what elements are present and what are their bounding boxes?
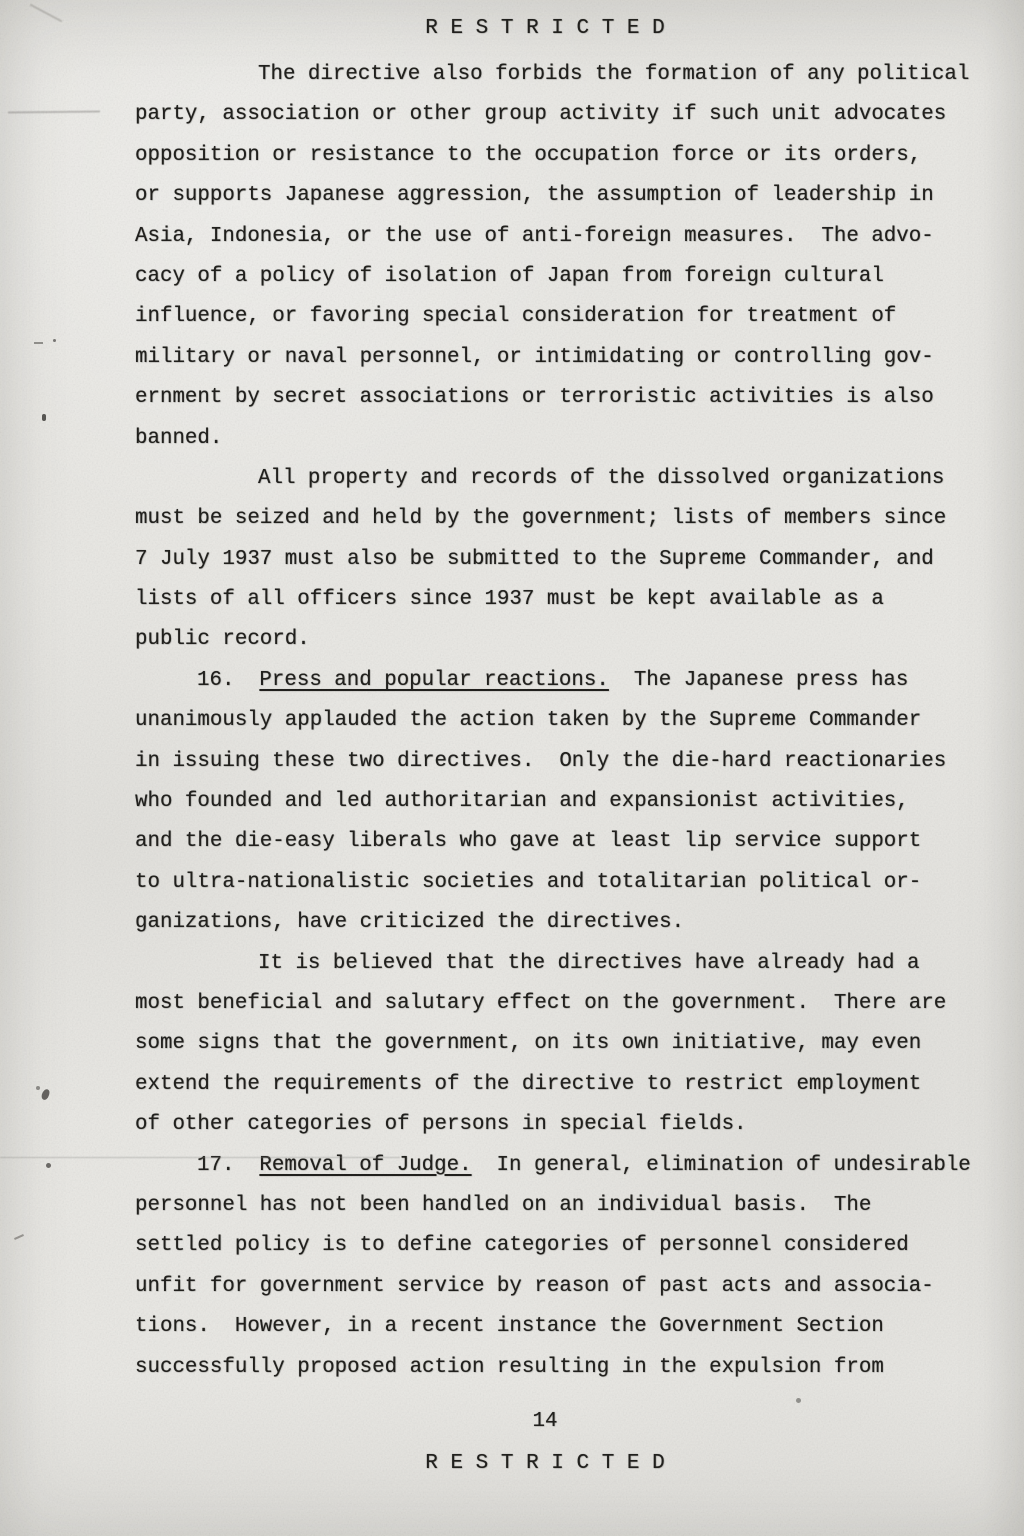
text-line: ganizations, have criticized the directi… bbox=[135, 903, 1007, 943]
text-segment: successfully proposed action resulting i… bbox=[135, 1356, 884, 1379]
text-line: influence, or favoring special considera… bbox=[135, 297, 1007, 337]
text-line: party, association or other group activi… bbox=[135, 95, 1007, 135]
text-line: in issuing these two directives. Only th… bbox=[135, 742, 1007, 782]
text-segment: influence, or favoring special considera… bbox=[135, 305, 896, 328]
scan-artifact bbox=[34, 342, 43, 344]
text-line: 16. Press and popular reactions. The Jap… bbox=[135, 661, 1007, 701]
text-line: It is believed that the directives have … bbox=[135, 944, 1007, 984]
text-segment: unfit for government service by reason o… bbox=[135, 1275, 934, 1298]
text-segment: opposition or resistance to the occupati… bbox=[135, 144, 921, 167]
scan-artifact bbox=[36, 1086, 40, 1090]
underlined-heading: Removal of Judge. bbox=[259, 1154, 471, 1177]
text-line: banned. bbox=[135, 419, 1007, 459]
text-segment: The Japanese press has bbox=[609, 669, 909, 692]
text-segment: in issuing these two directives. Only th… bbox=[135, 750, 946, 773]
text-segment: unanimously applauded the action taken b… bbox=[135, 709, 921, 732]
text-line: must be seized and held by the governmen… bbox=[135, 499, 1007, 539]
text-line: unanimously applauded the action taken b… bbox=[135, 701, 1007, 741]
text-segment: of other categories of persons in specia… bbox=[135, 1113, 747, 1136]
text-segment: some signs that the government, on its o… bbox=[135, 1032, 921, 1055]
text-segment: tions. However, in a recent instance the… bbox=[135, 1315, 884, 1338]
text-segment: The directive also forbids the formation… bbox=[258, 63, 969, 86]
text-segment: 7 July 1937 must also be submitted to th… bbox=[135, 548, 934, 571]
classification-footer: R E S T R I C T E D bbox=[135, 1452, 955, 1476]
text-segment: ganizations, have criticized the directi… bbox=[135, 911, 684, 934]
text-segment: cacy of a policy of isolation of Japan f… bbox=[135, 265, 884, 288]
text-line: most beneficial and salutary effect on t… bbox=[135, 984, 1007, 1024]
text-line: who founded and led authoritarian and ex… bbox=[135, 782, 1007, 822]
text-segment: public record. bbox=[135, 628, 310, 651]
text-line: of other categories of persons in specia… bbox=[135, 1105, 1007, 1145]
text-line: to ultra-nationalistic societies and tot… bbox=[135, 863, 1007, 903]
text-line: Asia, Indonesia, or the use of anti-fore… bbox=[135, 217, 1007, 257]
text-segment: lists of all officers since 1937 must be… bbox=[135, 588, 884, 611]
scan-artifact bbox=[14, 1234, 24, 1240]
text-line: lists of all officers since 1937 must be… bbox=[135, 580, 1007, 620]
text-line: public record. bbox=[135, 620, 1007, 660]
text-line: settled policy is to define categories o… bbox=[135, 1226, 1007, 1266]
text-segment: and the die-easy liberals who gave at le… bbox=[135, 830, 921, 853]
text-segment: 17. bbox=[197, 1154, 259, 1177]
text-segment: must be seized and held by the governmen… bbox=[135, 507, 946, 530]
document-page: R E S T R I C T E D The directive also f… bbox=[0, 0, 1024, 1536]
text-segment: military or naval personnel, or intimida… bbox=[135, 346, 934, 369]
text-segment: banned. bbox=[135, 427, 222, 450]
text-line: military or naval personnel, or intimida… bbox=[135, 338, 1007, 378]
text-segment: personnel has not been handled on an ind… bbox=[135, 1194, 871, 1217]
scan-artifact bbox=[8, 111, 100, 114]
text-segment: Asia, Indonesia, or the use of anti-fore… bbox=[135, 225, 934, 248]
text-segment: ernment by secret associations or terror… bbox=[135, 386, 934, 409]
text-line: cacy of a policy of isolation of Japan f… bbox=[135, 257, 1007, 297]
text-segment: All property and records of the dissolve… bbox=[258, 467, 944, 490]
text-line: 7 July 1937 must also be submitted to th… bbox=[135, 540, 1007, 580]
scan-artifact bbox=[30, 4, 63, 23]
text-line: and the die-easy liberals who gave at le… bbox=[135, 822, 1007, 862]
text-segment: In general, elimination of undesirable bbox=[472, 1154, 971, 1177]
scan-artifact bbox=[46, 1163, 51, 1168]
text-line: The directive also forbids the formation… bbox=[135, 55, 1007, 95]
text-segment: party, association or other group activi… bbox=[135, 103, 946, 126]
text-line: ernment by secret associations or terror… bbox=[135, 378, 1007, 418]
text-line: extend the requirements of the directive… bbox=[135, 1065, 1007, 1105]
text-segment: most beneficial and salutary effect on t… bbox=[135, 992, 946, 1015]
scan-artifact bbox=[42, 414, 46, 421]
text-segment: who founded and led authoritarian and ex… bbox=[135, 790, 909, 813]
text-line: personnel has not been handled on an ind… bbox=[135, 1186, 1007, 1226]
page-number: 14 bbox=[135, 1410, 955, 1434]
document-body: The directive also forbids the formation… bbox=[135, 55, 1007, 1388]
text-line: or supports Japanese aggression, the ass… bbox=[135, 176, 1007, 216]
text-line: unfit for government service by reason o… bbox=[135, 1267, 1007, 1307]
scan-artifact bbox=[41, 1088, 51, 1101]
text-line: tions. However, in a recent instance the… bbox=[135, 1307, 1007, 1347]
text-line: 17. Removal of Judge. In general, elimin… bbox=[135, 1146, 1007, 1186]
text-segment: 16. bbox=[197, 669, 259, 692]
text-line: All property and records of the dissolve… bbox=[135, 459, 1007, 499]
scan-artifact bbox=[53, 339, 56, 342]
text-segment: settled policy is to define categories o… bbox=[135, 1234, 909, 1257]
text-line: opposition or resistance to the occupati… bbox=[135, 136, 1007, 176]
text-segment: or supports Japanese aggression, the ass… bbox=[135, 184, 934, 207]
scan-artifact bbox=[796, 1398, 801, 1403]
text-line: some signs that the government, on its o… bbox=[135, 1024, 1007, 1064]
text-line: successfully proposed action resulting i… bbox=[135, 1348, 1007, 1388]
text-segment: extend the requirements of the directive… bbox=[135, 1073, 921, 1096]
text-segment: to ultra-nationalistic societies and tot… bbox=[135, 871, 921, 894]
classification-header: R E S T R I C T E D bbox=[135, 17, 955, 41]
text-segment: It is believed that the directives have … bbox=[258, 952, 919, 975]
underlined-heading: Press and popular reactions. bbox=[259, 669, 608, 692]
